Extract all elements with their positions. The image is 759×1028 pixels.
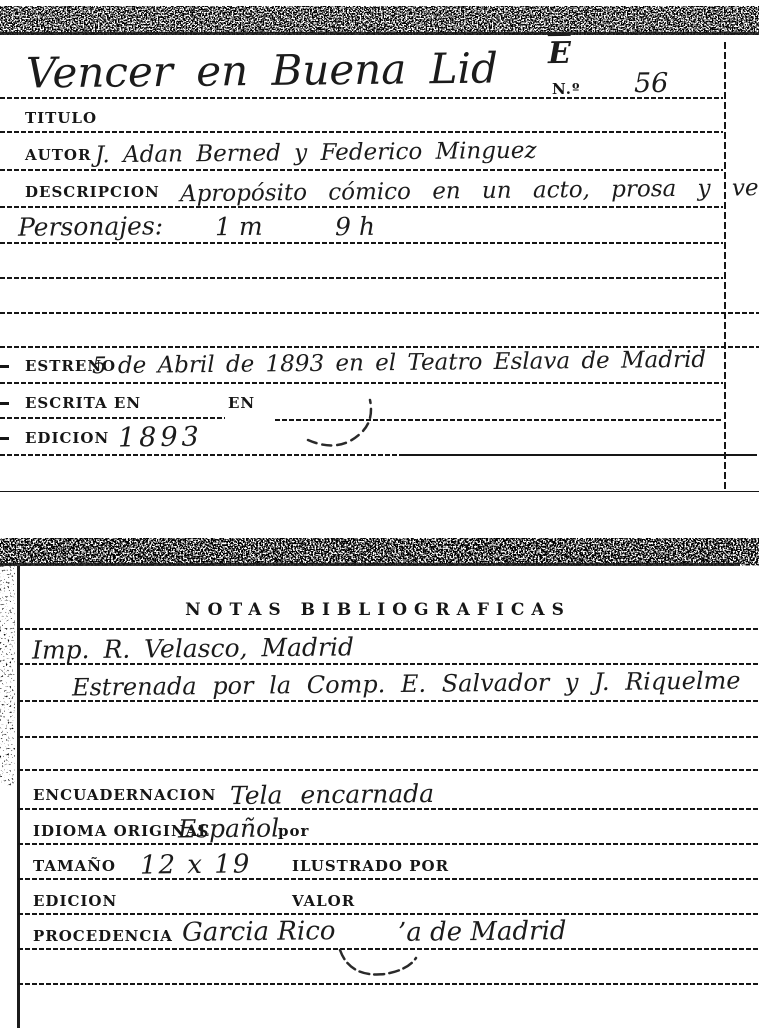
left-edge-mark [0, 365, 9, 368]
scan-noise-band-top [0, 6, 759, 36]
number-value-handwriting: 56 [634, 68, 669, 99]
card1-bottom-edge [0, 491, 759, 492]
field-label-escrita-en: ESCRITA EN [25, 394, 141, 412]
series-letter-mark: E [548, 36, 571, 71]
card2-header: NOTAS BIBLIOGRAFICAS [18, 600, 738, 620]
tamano-value-handwriting: 12 x 19 [140, 849, 252, 880]
rule [18, 843, 759, 845]
field-label-en: EN [228, 394, 255, 412]
rule [18, 983, 759, 985]
field-label-procedencia: PROCEDENCIA [33, 927, 173, 945]
rule [18, 663, 759, 665]
left-edge-mark [0, 402, 9, 405]
ink-smudge [330, 940, 460, 985]
card2-left-border [17, 566, 20, 1028]
personajes-men-handwriting: 1 m [215, 212, 263, 241]
field-label-encuadernacion: ENCUADERNACION [33, 786, 216, 804]
autor-value-handwriting: J. Adan Berned y Federico Minguez [95, 138, 537, 169]
rule [0, 206, 723, 208]
nota-imprenta-handwriting: Imp. R. Velasco, Madrid [32, 632, 354, 664]
rule [400, 454, 757, 456]
field-label-ilustrado-por: ILUSTRADO POR [292, 857, 449, 875]
scanned-catalog-card-page: Vencer en Buena Lid E N.º 56 TITULO AUTO… [0, 0, 759, 1028]
rule [18, 769, 759, 771]
rule [0, 417, 225, 419]
field-label-descripcion: DESCRIPCION [25, 183, 160, 201]
rule [0, 312, 759, 314]
ink-smudge [300, 392, 430, 447]
rule [0, 454, 400, 456]
field-label-edicion: EDICION [25, 429, 109, 447]
rule [0, 97, 723, 99]
estreno-value-handwriting: 5 de Abril de 1893 en el Teatro Eslava d… [92, 347, 706, 379]
rule [0, 382, 723, 384]
scan-noise-left-margin [0, 566, 15, 786]
left-edge-mark [0, 437, 9, 440]
field-label-titulo: TITULO [25, 109, 97, 127]
rule [18, 878, 759, 880]
field-label-autor: AUTOR [25, 146, 91, 164]
field-label-tamano: TAMAÑO [33, 857, 116, 875]
rule [0, 277, 723, 279]
rule [18, 808, 759, 810]
rule [18, 736, 759, 738]
descripcion-value-handwriting: Apropósito cómico en un acto, prosa y ve… [180, 175, 759, 207]
field-label-valor: VALOR [292, 892, 355, 910]
rule [0, 242, 723, 244]
rule [18, 628, 759, 630]
field-label-por: por [278, 822, 309, 840]
nota-estreno-handwriting: Estrenada por la Comp. E. Salvador y J. … [72, 667, 741, 702]
rule [0, 169, 723, 171]
rule [18, 700, 759, 702]
rule [18, 913, 759, 915]
encuadernacion-value-handwriting: Tela encarnada [230, 779, 434, 810]
personajes-label-handwriting: Personajes: [18, 211, 163, 242]
card1-right-border [724, 42, 726, 492]
idioma-value-handwriting: Español [178, 813, 279, 843]
field-label-edicion-2: EDICION [33, 892, 117, 910]
edicion-value-handwriting: 1893 [118, 422, 203, 454]
scan-noise-band-middle [0, 538, 759, 568]
rule [0, 131, 723, 133]
title-handwriting: Vencer en Buena Lid [26, 44, 498, 98]
procedencia-value-handwriting-1: Garcia Rico [182, 916, 336, 948]
number-label: N.º [552, 80, 580, 98]
personajes-women-handwriting: 9 h [335, 212, 375, 241]
